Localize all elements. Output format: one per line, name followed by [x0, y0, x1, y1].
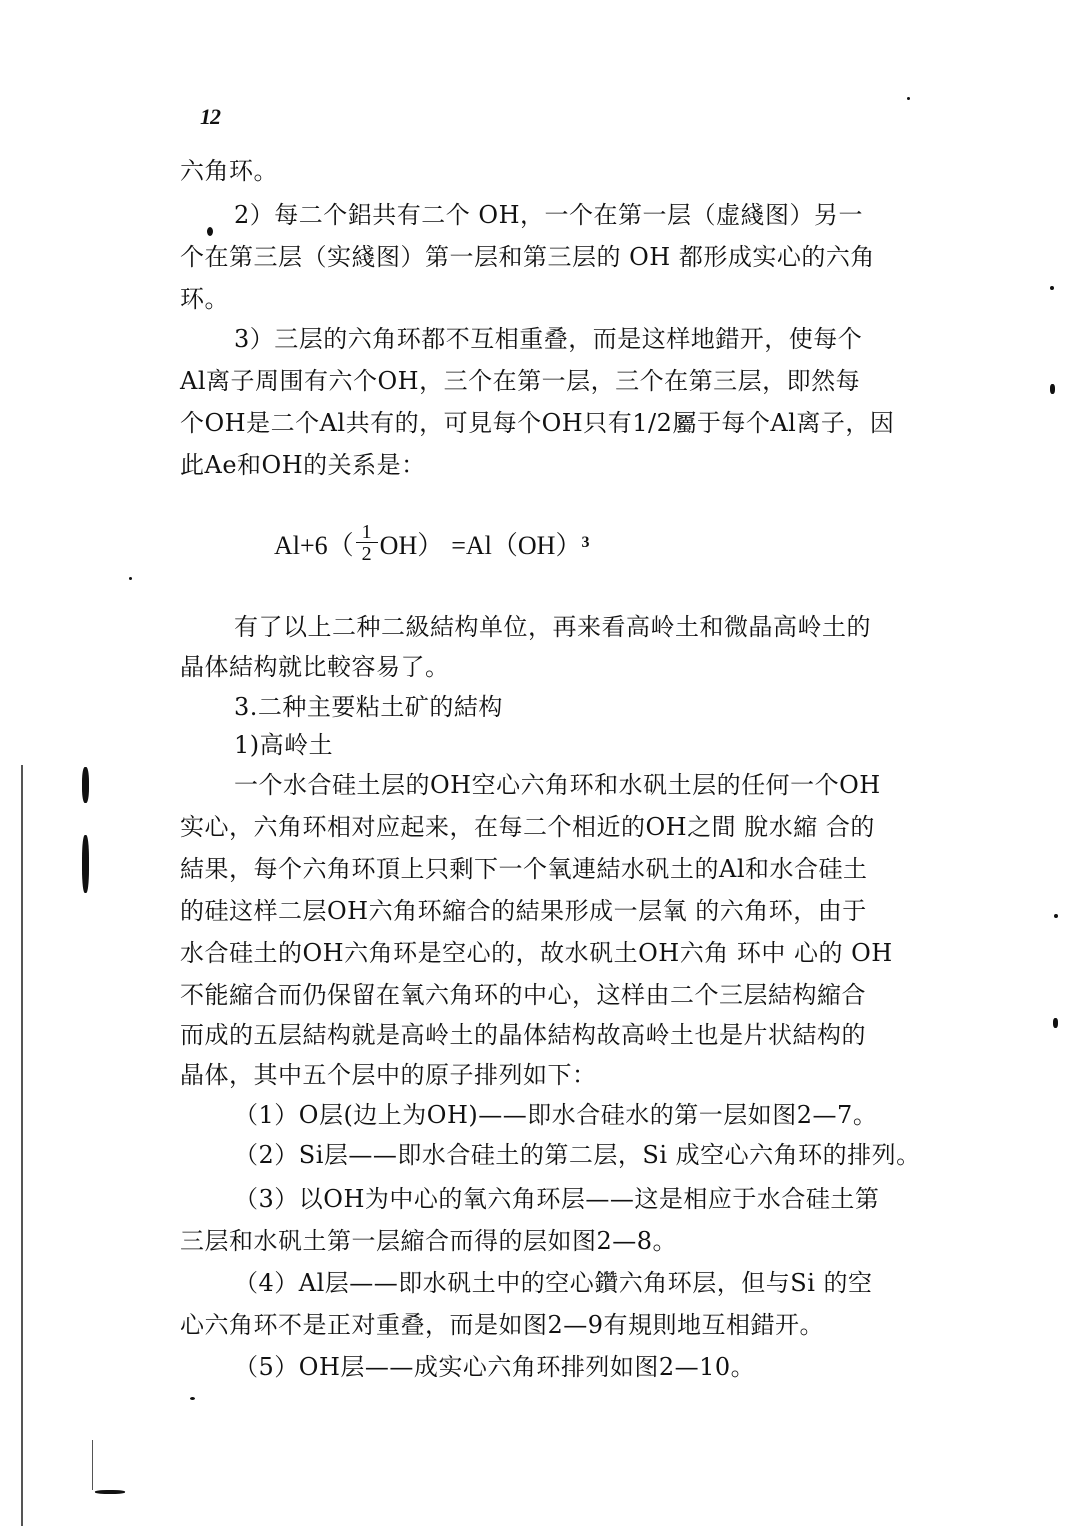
text-line: （2）Si层——即水合硅土的第二层，Si 成空心六角环的排列。 — [234, 1140, 1004, 1170]
text-line: （4）Al层——即水矾土中的空心鑽六角环层，但与Si 的空 — [234, 1268, 1004, 1298]
text-line: （5）OH层——成实心六角环排列如图2—10。 — [234, 1352, 1004, 1382]
equation-subscript: 3 — [581, 534, 589, 552]
text-line: 晶体，其中五个层中的原子排列如下： — [180, 1060, 950, 1090]
text-line: （3）以OH为中心的氧六角环层——这是相应于水合硅土第 — [234, 1184, 1004, 1214]
text-line: 六角环。 — [180, 156, 950, 186]
text-line: 有了以上二种二級結构单位，再来看高岭土和微晶高岭土的 — [234, 612, 1004, 642]
text-line: 心六角环不是正对重叠，而是如图2—9有規則地互相錯开。 — [180, 1310, 950, 1340]
equation-mid: OH） — [380, 525, 444, 562]
text-line: 的硅这样二层OH六角环縮合的結果形成一层氧 的六角环，由于 — [180, 896, 950, 926]
text-line: 此Ae和OH的关系是： — [180, 450, 950, 480]
text-line: 实心，六角环相对应起来，在每二个相近的OH之間 脫水縮 合的 — [180, 812, 950, 842]
text-line: 个在第三层（实綫图）第一层和第三层的 OH 都形成实心的六角 — [180, 242, 950, 272]
text-line: 一个水合硅土层的OH空心六角环和水矾土层的任何一个OH — [234, 770, 1004, 800]
scan-speck — [190, 1397, 195, 1400]
scan-speck — [207, 227, 213, 236]
text-line: 而成的五层結构就是高岭土的晶体結构故高岭土也是片状結构的 — [180, 1020, 950, 1050]
text-line: 2）每二个鋁共有二个 OH，一个在第一层（虚綫图）另一 — [234, 200, 1004, 230]
fraction-denominator: 2 — [362, 543, 372, 564]
scan-blot — [95, 1490, 125, 1494]
text-line: 不能縮合而仍保留在氧六角环的中心，这样由二个三层結构縮合 — [180, 980, 950, 1010]
text-line: 个OH是二个Al共有的，可見每个OH只有1/2屬于每个Al离子，因 — [180, 408, 950, 438]
scan-speck — [1054, 914, 1058, 918]
text-line: Al离子周围有六个OH，三个在第一层，三个在第三层，即然每 — [180, 366, 950, 396]
fraction: 1 2 — [356, 522, 378, 564]
text-line: （1）O层(边上为OH)——即水合硅水的第一层如图2—7。 — [234, 1100, 1004, 1130]
scan-speck — [1050, 286, 1054, 290]
equation: Al+6（ 1 2 OH） =Al（OH） 3 — [274, 522, 589, 564]
text-line: 3）三层的六角环都不互相重叠，而是这样地錯开，使每个 — [234, 324, 1004, 354]
page-number: 12 — [200, 104, 220, 130]
text-line: 环。 — [180, 284, 950, 314]
text-line: 3.二种主要粘土矿的結构 — [234, 692, 1004, 722]
scan-blot — [82, 835, 89, 893]
scan-speck — [907, 97, 910, 100]
text-line: 1)高岭土 — [234, 730, 1004, 760]
text-line: 水合硅土的OH六角环是空心的，故水矾土OH六角 环中 心的 OH — [180, 938, 950, 968]
scan-margin-line — [92, 1440, 93, 1490]
scan-margin-line — [21, 765, 23, 1526]
equation-lhs: Al+6（ — [274, 525, 354, 562]
text-line: 結果，每个六角环頂上只剩下一个氧連結水矾土的Al和水合硅土 — [180, 854, 950, 884]
text-line: 晶体結构就比較容易了。 — [180, 652, 950, 682]
scan-blot — [1050, 384, 1055, 394]
scan-speck — [129, 577, 132, 580]
text-line: 三层和水矾土第一层縮合而得的层如图2—8。 — [180, 1226, 950, 1256]
scan-blot — [82, 767, 89, 803]
scan-blot — [1053, 1018, 1058, 1028]
equation-rhs: =Al（OH） — [451, 525, 581, 562]
fraction-numerator: 1 — [356, 522, 378, 543]
